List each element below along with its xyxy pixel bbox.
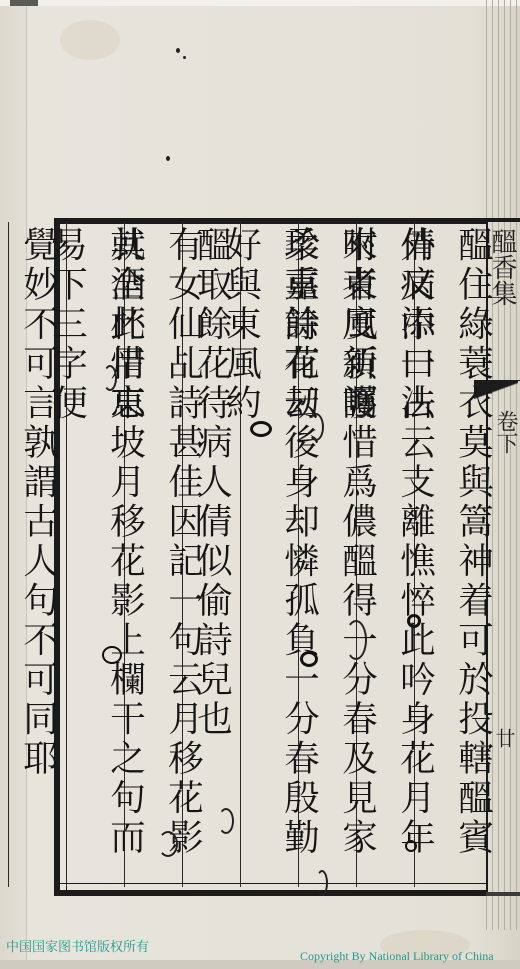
paper-stain xyxy=(60,20,120,60)
punctuation-circle xyxy=(102,646,122,664)
book-page: 醞香集 卷下 廿 醞住綠蓑衣莫與篙神着可於投轄醞賓外又添一法 倩病中口占云支離憔… xyxy=(0,0,520,969)
ink-speck xyxy=(183,56,186,59)
text-column: 其全此用東坡月移花影上欄干之句而易下三字便 xyxy=(66,222,124,887)
text-column: 珍重餘花刼後身却憐孤負一分春殷勤好與東風約 xyxy=(240,222,298,887)
text-columns: 醞住綠蓑衣莫與篙神着可於投轄醞賓外又添一法 倩病中口占云支離憔悴此吟身花月年來者… xyxy=(66,222,472,887)
banxin-bottom-rule xyxy=(486,892,520,896)
punctuation-arc xyxy=(345,620,367,660)
text-column: 覺妙不可言孰謂古人句不可同耶 xyxy=(8,222,66,887)
punctuation-arc xyxy=(316,870,328,896)
punctuation-arc xyxy=(158,831,178,857)
ink-speck xyxy=(176,48,180,53)
ink-speck xyxy=(166,156,170,161)
punctuation-circle xyxy=(407,614,421,628)
top-edge-strip xyxy=(0,0,520,6)
punctuation-arc xyxy=(103,365,117,391)
punctuation-arc xyxy=(308,413,324,441)
watermark-english: Copyright By National Library of China xyxy=(300,949,494,964)
punctuation-arc xyxy=(352,388,370,418)
column-text: 覺妙不可言孰謂古人句不可同耶 xyxy=(9,222,67,887)
punctuation-circle xyxy=(300,651,318,667)
punctuation-circle xyxy=(405,840,417,852)
watermark-chinese: 中国国家图书馆版权所有 xyxy=(6,936,149,955)
punctuation-circle xyxy=(250,421,272,437)
punctuation-arc xyxy=(218,808,234,834)
